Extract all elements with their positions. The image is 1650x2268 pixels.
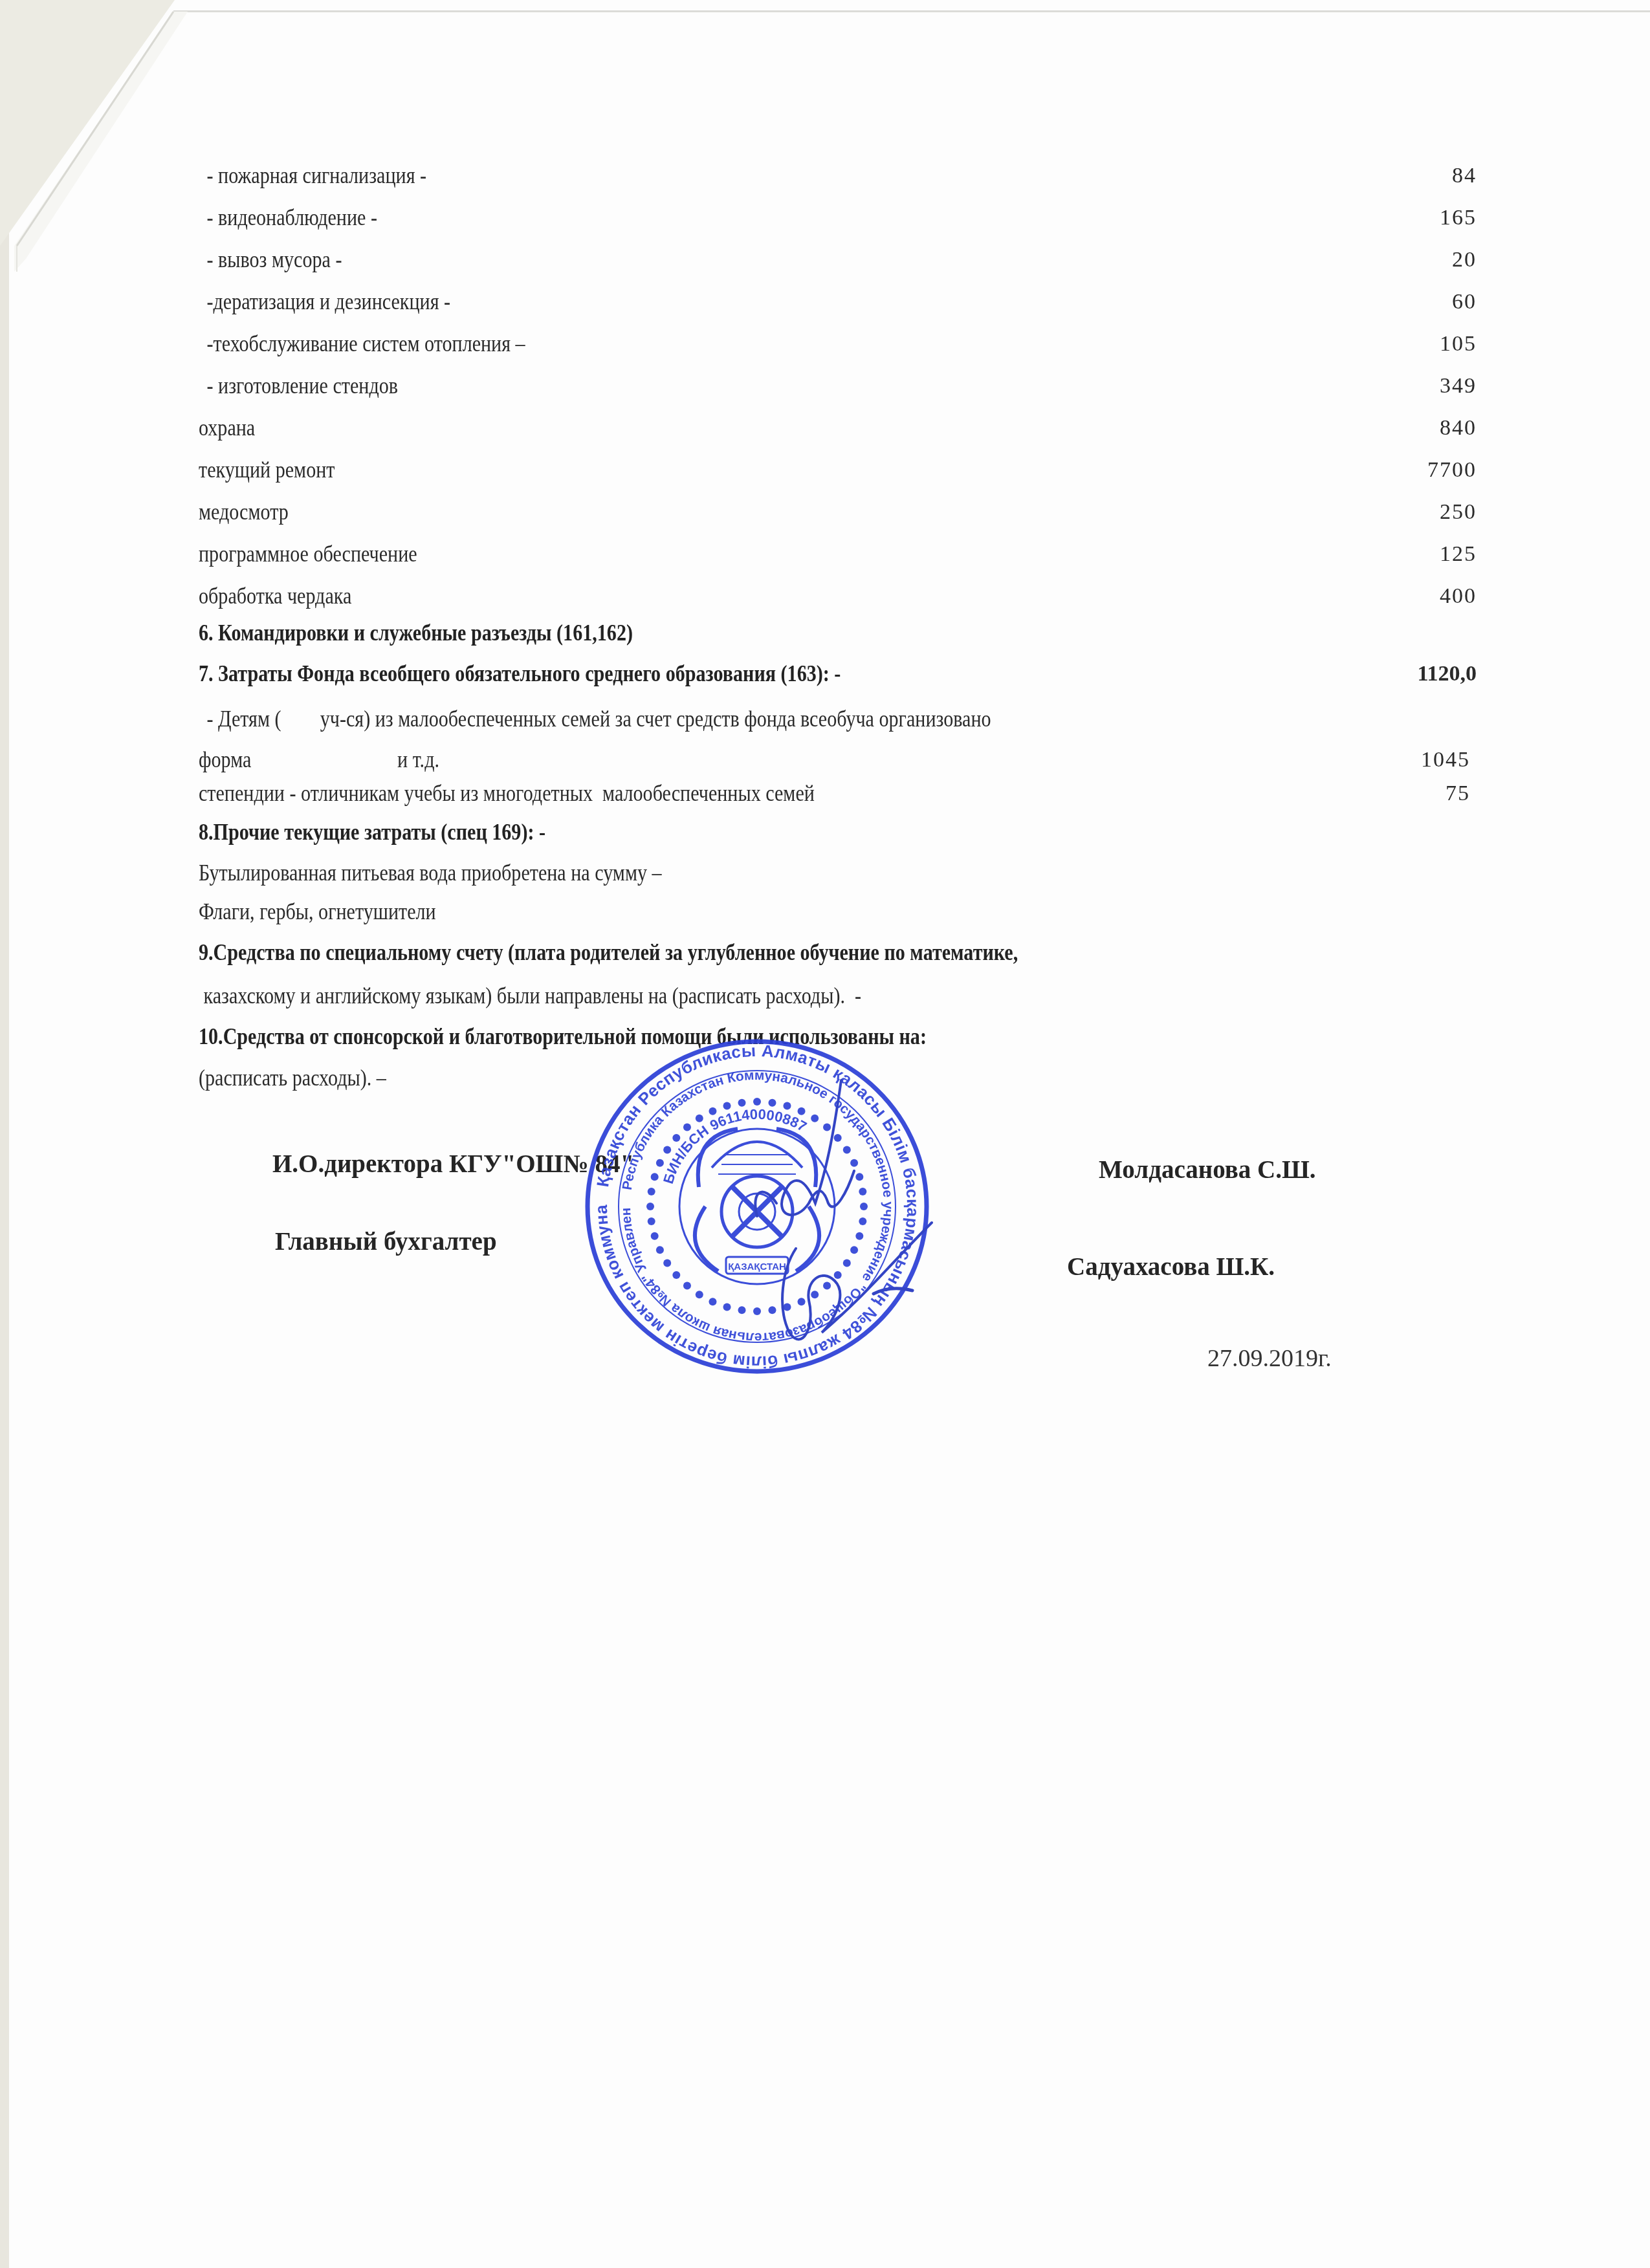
expense-item-label: - изготовление стендов — [202, 373, 398, 399]
section-7-amount: 1120,0 — [1417, 661, 1477, 687]
expense-item-amount: 7700 — [1427, 457, 1477, 483]
expense-item-label: медосмотр — [199, 499, 289, 525]
section-8-title: 8.Прочие текущие затраты (спец 169): - — [199, 820, 545, 845]
director-name: Молдасанова С.Ш. — [1099, 1156, 1315, 1184]
section-7-line-3-amount: 75 — [1446, 781, 1470, 807]
document-date: 27.09.2019г. — [1207, 1344, 1332, 1373]
expense-item-amount: 165 — [1440, 205, 1477, 231]
expense-item-label: обработка чердака — [199, 583, 351, 609]
expense-item-label: программное обеспечение — [199, 541, 417, 567]
page-top-edge — [173, 10, 1650, 12]
section-7-line-1: - Детям ( уч-ся) из малообеспеченных сем… — [202, 706, 991, 732]
director-title: И.О.директора КГУ"ОШ№ 84" — [272, 1150, 634, 1179]
expense-item-label: - пожарная сигнализация - — [202, 163, 426, 189]
expense-item-label: - видеонаблюдение - — [202, 205, 377, 231]
section-9-title-line-2: казахскому и английскому языкам) были на… — [199, 983, 861, 1009]
section-7-line-3: степендии - отличникам учебы из многодет… — [199, 781, 815, 807]
expense-item-amount: 84 — [1452, 163, 1477, 189]
expense-item-amount: 250 — [1440, 499, 1477, 525]
expense-item-label: текущий ремонт — [199, 457, 335, 483]
official-stamp-icon: Қазақстан Республикасы Алматы қаласы Біл… — [582, 1038, 932, 1375]
expense-item-amount: 20 — [1452, 247, 1477, 273]
scan-edge — [0, 0, 9, 2268]
section-9-title-line-1: 9.Средства по специальному счету (плата … — [199, 940, 1018, 966]
folded-corner-shadow — [0, 0, 175, 246]
section-7-title: 7. Затраты Фонда всеобщего обязательного… — [199, 661, 841, 687]
section-7-line-2: форма и т.д. — [199, 747, 439, 773]
section-7-line-2-amount: 1045 — [1421, 747, 1470, 773]
svg-text:ҚАЗАҚСТАН: ҚАЗАҚСТАН — [728, 1261, 786, 1272]
expense-item-amount: 125 — [1440, 541, 1477, 567]
section-6-title: 6. Командировки и служебные разъезды (16… — [199, 620, 633, 646]
section-8-line-2: Флаги, гербы, огнетушители — [199, 899, 436, 925]
expense-item-label: -дератизация и дезинсекция - — [202, 289, 450, 315]
expense-item-label: - вывоз мусора - — [202, 247, 342, 273]
accountant-title: Главный бухгалтер — [275, 1228, 497, 1256]
section-10-line-1: (расписать расходы). – — [199, 1065, 386, 1091]
accountant-name: Садуахасова Ш.К. — [1067, 1253, 1275, 1281]
section-8-line-1: Бутылированная питьевая вода приобретена… — [199, 860, 662, 886]
expense-item-amount: 60 — [1452, 289, 1477, 315]
expense-item-amount: 400 — [1440, 583, 1477, 609]
expense-item-amount: 105 — [1440, 331, 1477, 357]
expense-item-label: -техобслуживание систем отопления – — [202, 331, 525, 357]
expense-item-amount: 349 — [1440, 373, 1477, 399]
expense-item-amount: 840 — [1440, 415, 1477, 441]
expense-item-label: охрана — [199, 415, 255, 441]
